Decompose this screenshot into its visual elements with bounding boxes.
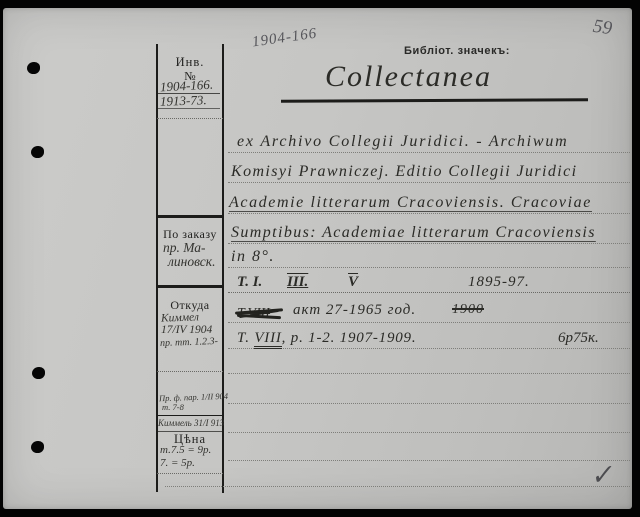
checkmark: ✓ (588, 459, 614, 492)
vol8-price: 6р75к. (558, 330, 599, 347)
description-line: Komisyi Prawniczej. Editio Collegii Juri… (231, 163, 577, 181)
ruled-line (228, 322, 630, 323)
divider (157, 118, 223, 119)
punch-hole (27, 62, 40, 74)
price-value: 7. = 5р. (160, 457, 195, 469)
divider (157, 371, 223, 372)
ruled-line (228, 373, 630, 374)
divider (157, 415, 223, 416)
ruled-line (228, 152, 630, 153)
ruled-line (228, 243, 630, 244)
ruled-line (228, 292, 630, 293)
inventory-value: 1913-73. (160, 92, 207, 110)
order-value: линовск. (168, 254, 215, 270)
origin-value: 17/IV 1904 (161, 324, 212, 336)
volumes-years: 1895-97. (468, 274, 530, 291)
divider-thick (156, 215, 224, 218)
ruled-line (228, 213, 630, 214)
ruled-line (228, 182, 630, 183)
amended-text: акт 27-1965 год. (293, 302, 416, 319)
struck-year: 1900 (452, 302, 484, 318)
acquisition-note: т. 7-8 (162, 402, 184, 412)
vol8-rest: , р. 1-2. 1907-1909. (282, 330, 417, 346)
punch-hole (31, 146, 44, 158)
origin-value: Киммел (161, 311, 199, 324)
scanned-catalog-card: 59 1904-166 Библіот. значекъ: Collectane… (0, 0, 640, 517)
description-line: ex Archivo Collegii Juridici. - Archiwum (237, 133, 569, 151)
price-value: т.7.5 = 9р. (160, 444, 211, 456)
ruled-line (228, 432, 630, 433)
card-paper (3, 8, 632, 509)
inventory-label: Инв. (157, 55, 223, 70)
description-line: Sumptibus: Academiae litterarum Cracovie… (231, 224, 596, 242)
ruled-line (228, 267, 630, 268)
punch-hole (31, 441, 44, 453)
ruled-line (165, 486, 630, 487)
punch-hole (32, 367, 45, 379)
vol8-roman: VIII (254, 330, 281, 349)
volumes-iii: III. (287, 274, 308, 291)
acquisition-note: Киммель 31/I 913 (158, 418, 224, 428)
library-mark-label: Библіот. значекъ: (404, 45, 510, 57)
vol8-t: Т. (237, 330, 250, 346)
divider-thick (156, 285, 224, 288)
ruled-line (228, 348, 630, 349)
divider (157, 473, 223, 474)
ruled-line (228, 403, 630, 404)
description-line: Academie litterarum Cracoviensis. Cracov… (229, 194, 592, 212)
volumes-v: V (348, 274, 358, 291)
card-title: Collectanea (325, 60, 492, 94)
struck-volume: Т.VIII (237, 306, 270, 322)
origin-value: пр. тт. 1.2.3- (160, 336, 218, 349)
vol8-line: Т. VIII, р. 1-2. 1907-1909. (237, 330, 416, 347)
description-line: in 8°. (231, 248, 275, 266)
page-number: 59 (592, 16, 614, 40)
ruled-line (228, 460, 630, 461)
volumes-t: Т. I. (237, 274, 262, 291)
